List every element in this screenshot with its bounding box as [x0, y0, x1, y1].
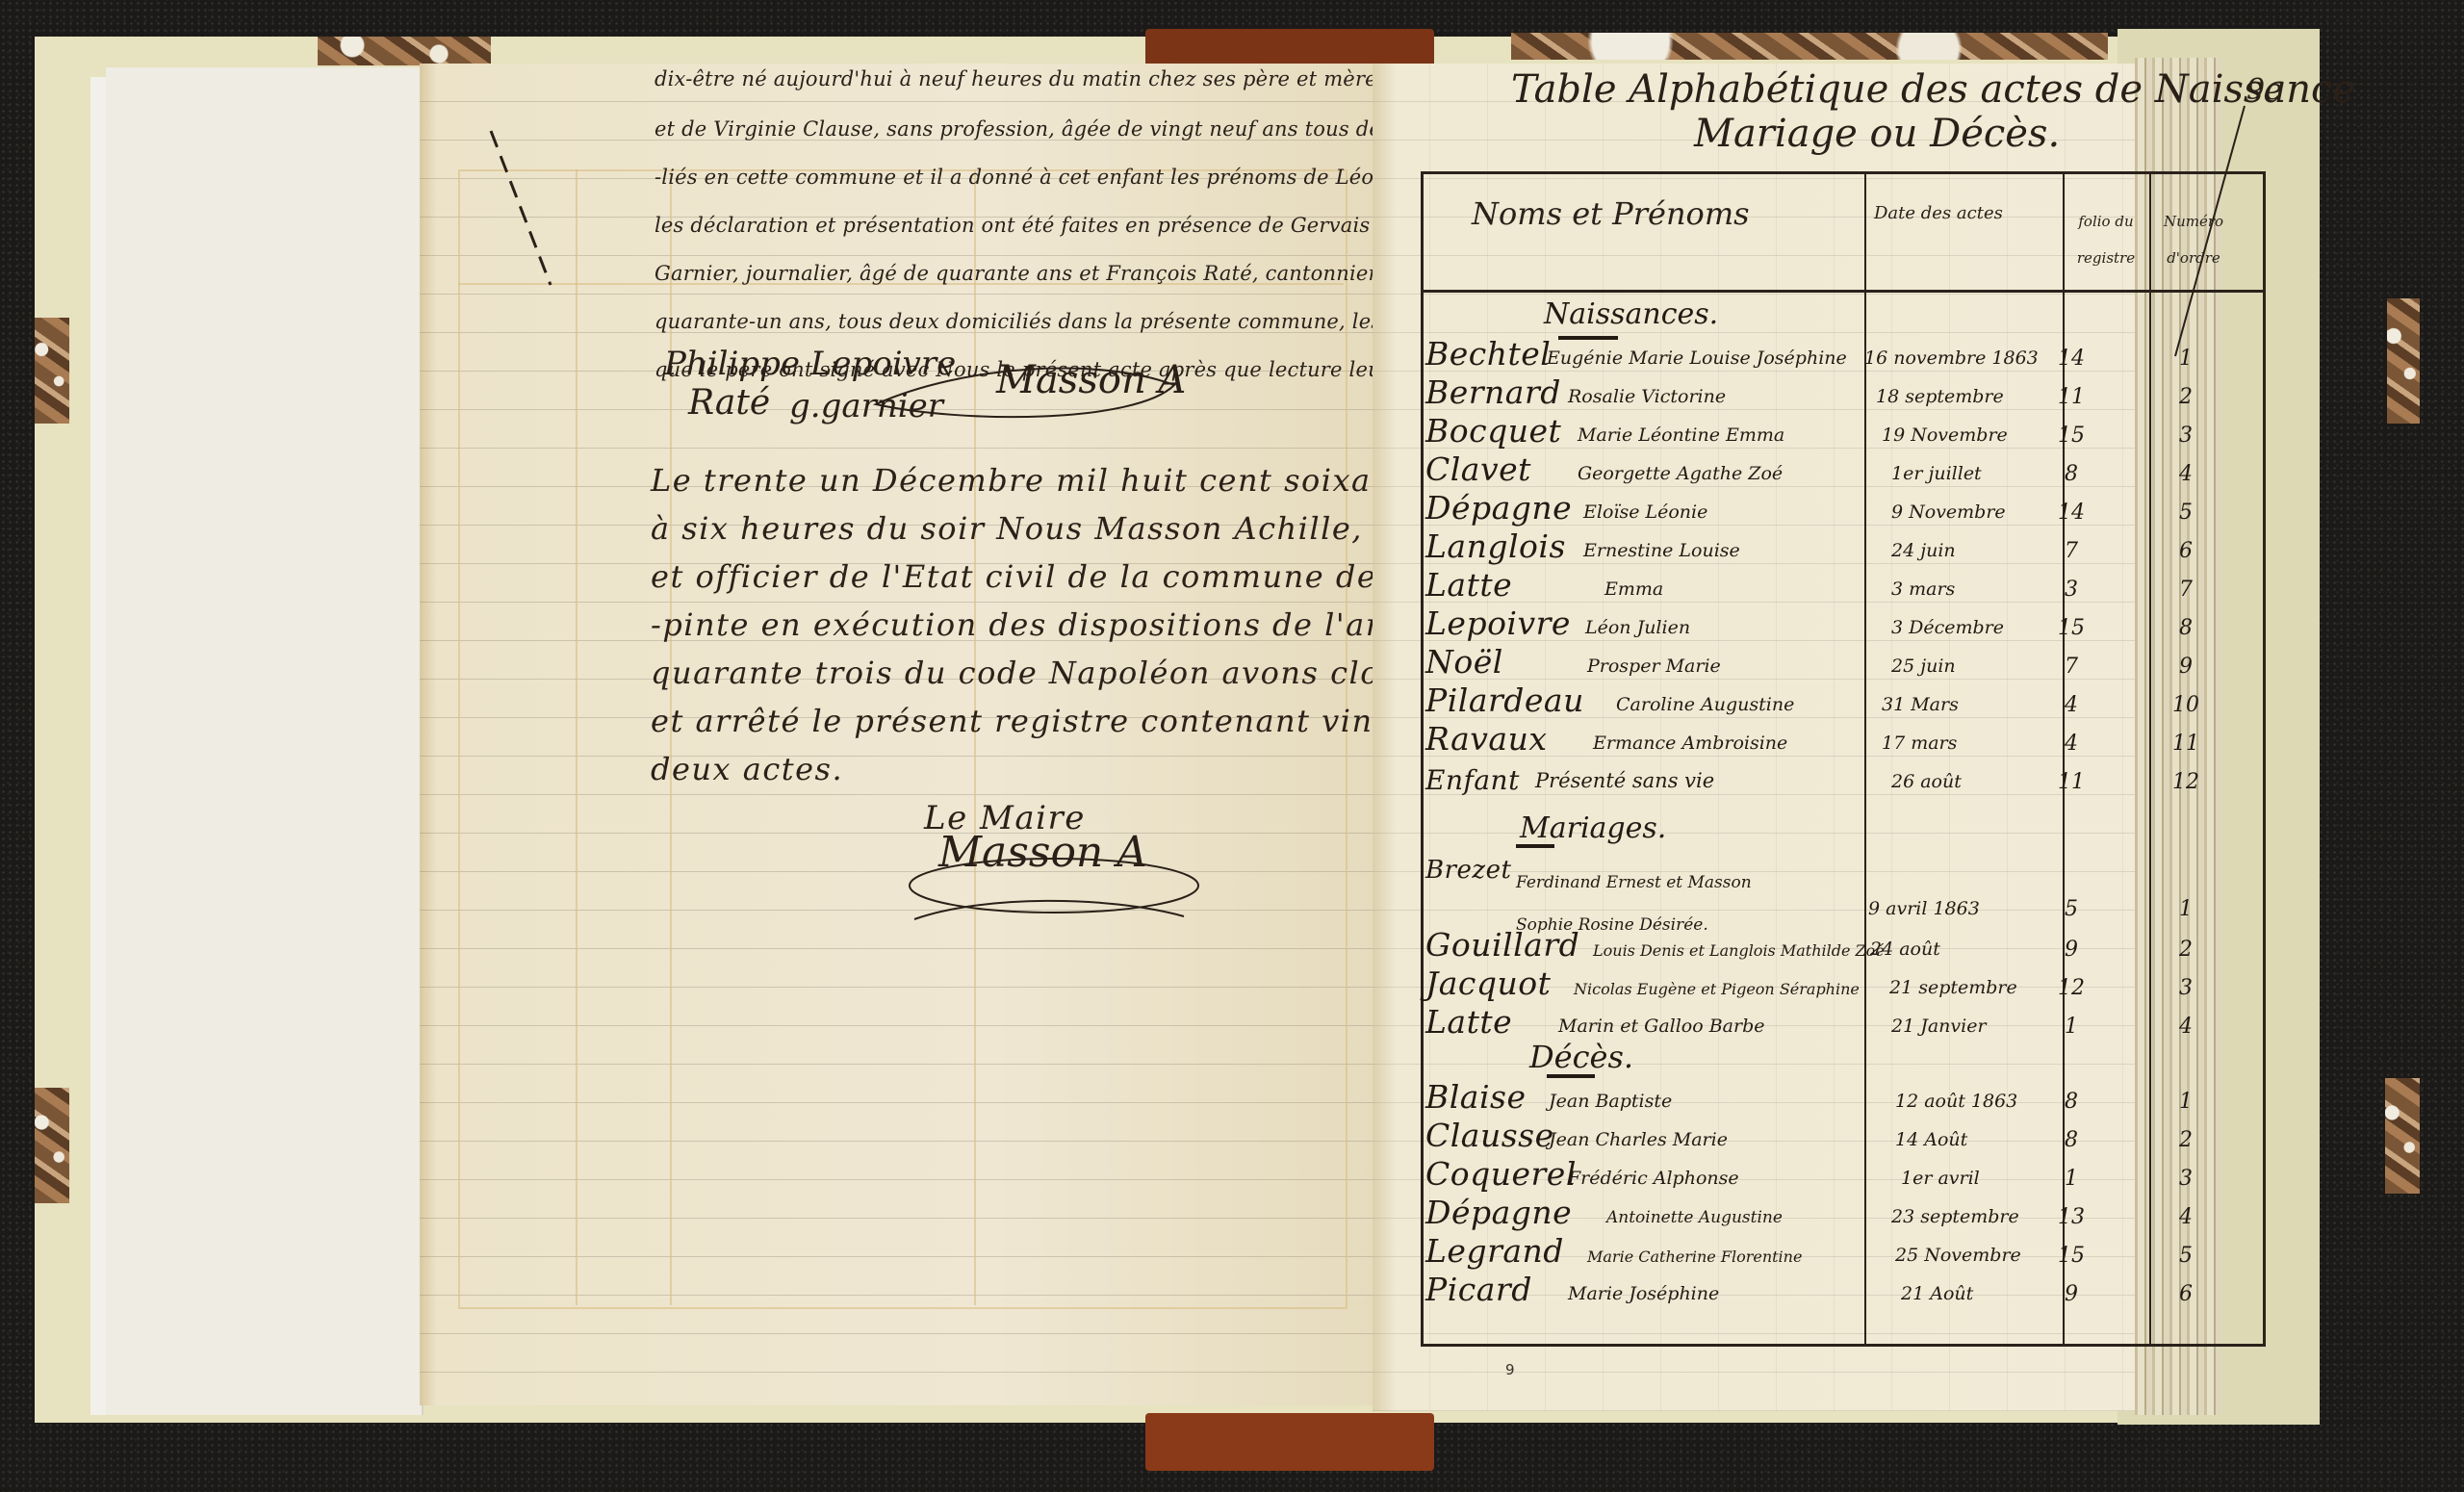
- table-row: Bocquet Marie Léontine Emma 19 Novembre …: [1424, 413, 2263, 451]
- act-date: 19 Novembre: [1882, 424, 2008, 446]
- given-names: Marie Joséphine: [1568, 1283, 1719, 1304]
- table-row: Brezet Ferdinand Ernest et Masson Sophie…: [1424, 848, 2263, 925]
- given-names: Jean Baptiste: [1549, 1091, 1672, 1112]
- act-date: 16 novembre 1863: [1864, 347, 2039, 369]
- bleed-through-col: [576, 169, 577, 1305]
- closing-text-line: à six heures du soir Nous Masson Achille…: [651, 510, 1474, 547]
- closing-text-line: et arrêté le présent registre contenant …: [651, 703, 1408, 739]
- act-date: 21 Janvier: [1891, 1016, 1987, 1037]
- folio: 9: [2047, 938, 2095, 962]
- order-number: 4: [2167, 462, 2205, 486]
- mayor-signature-flourish: [895, 828, 1213, 934]
- act-date: 26 août: [1891, 771, 1962, 792]
- order-number: 6: [2167, 539, 2205, 563]
- folio: 8: [2047, 1090, 2095, 1114]
- surname: Jacquot: [1425, 965, 1551, 1002]
- table-row: Blaise Jean Baptiste 12 août 1863 8 1: [1424, 1079, 2263, 1118]
- order-number: 3: [2167, 1167, 2205, 1191]
- order-number: 11: [2167, 732, 2205, 756]
- given-names: Ermance Ambroisine: [1593, 733, 1787, 754]
- folio: 1: [2047, 1015, 2095, 1039]
- closing-text-line: deux actes.: [651, 751, 843, 787]
- surname: Coquerel: [1425, 1155, 1577, 1193]
- given-names: Présenté sans vie: [1535, 769, 1714, 792]
- given-names: Frédéric Alphonse: [1568, 1168, 1739, 1189]
- given-names: Eugénie Marie Louise Joséphine: [1547, 347, 1847, 369]
- act-date: 21 Août: [1901, 1283, 1973, 1304]
- act-date: 9 avril 1863: [1868, 898, 1980, 919]
- order-number: 6: [2167, 1282, 2205, 1306]
- order-number: 1: [2167, 1090, 2205, 1114]
- given-names: Jean Charles Marie: [1549, 1129, 1728, 1150]
- section-title-mariages: Mariages.: [1520, 811, 1666, 845]
- table-row: Legrand Marie Catherine Florentine 25 No…: [1424, 1233, 2263, 1272]
- bleed-through-table: [458, 169, 1347, 1309]
- order-number: 5: [2167, 1244, 2205, 1268]
- table-row: Bechtel Eugénie Marie Louise Joséphine 1…: [1424, 336, 2263, 374]
- order-number: 3: [2167, 976, 2205, 1000]
- folio: 15: [2047, 616, 2095, 640]
- order-number: 4: [2167, 1015, 2205, 1039]
- folio: 8: [2047, 462, 2095, 486]
- order-number: 2: [2167, 385, 2205, 409]
- table-title-line2: Mariage ou Décès.: [1694, 112, 2060, 156]
- act-date: 12 août 1863: [1895, 1091, 2017, 1112]
- given-names: Marie Léontine Emma: [1578, 424, 1784, 446]
- table-row: Dépagne Eloïse Léonie 9 Novembre 14 5: [1424, 490, 2263, 528]
- act-date: 25 juin: [1891, 656, 1956, 677]
- table-row: Noël Prosper Marie 25 juin 7 9: [1424, 644, 2263, 682]
- folio: 11: [2047, 385, 2095, 409]
- act-date: 23 septembre: [1891, 1206, 2019, 1227]
- act-date: 3 Décembre: [1891, 617, 2004, 638]
- surname: Picard: [1425, 1271, 1532, 1308]
- order-number: 10: [2167, 693, 2205, 717]
- section-title-deces: Décès.: [1529, 1039, 1633, 1075]
- act-text-line: les déclaration et présentation ont été …: [654, 214, 1444, 237]
- given-names: Louis Denis et Langlois Mathilde Zoé: [1593, 941, 1885, 960]
- act-date: 14 Août: [1895, 1129, 1967, 1150]
- given-names: Rosalie Victorine: [1568, 386, 1726, 407]
- leather-spine-bottom: [1145, 1413, 1434, 1471]
- surname: Bernard: [1425, 373, 1561, 411]
- table-row: Picard Marie Joséphine 21 Août 9 6: [1424, 1272, 2263, 1310]
- col-header-date: Date des actes: [1874, 203, 2003, 223]
- folio: 1: [2047, 1167, 2095, 1191]
- surname: Noël: [1425, 643, 1503, 681]
- blank-flyleaf: [106, 67, 423, 1415]
- given-names: Marin et Galloo Barbe: [1558, 1016, 1765, 1037]
- surname: Brezet: [1425, 856, 1511, 885]
- given-names: Nicolas Eugène et Pigeon Séraphine: [1574, 980, 1860, 998]
- given-names: Georgette Agathe Zoé: [1578, 463, 1783, 484]
- folio: 8: [2047, 1128, 2095, 1152]
- given-names: Prosper Marie: [1587, 656, 1721, 677]
- marbled-corner-right-lower: [2385, 1078, 2420, 1194]
- page-number: 9: [1505, 1361, 1515, 1378]
- surname: Clausse: [1425, 1117, 1554, 1154]
- folio: 12: [2047, 976, 2095, 1000]
- given-names: Antoinette Augustine: [1606, 1208, 1783, 1227]
- given-names: Eloïse Léonie: [1583, 502, 1707, 523]
- surname: Lepoivre: [1425, 605, 1571, 642]
- act-text-line: et de Virginie Clause, sans profession, …: [654, 117, 1489, 141]
- table-row: Clavet Georgette Agathe Zoé 1er juillet …: [1424, 451, 2263, 490]
- table-row: Coquerel Frédéric Alphonse 1er avril 1 3: [1424, 1156, 2263, 1195]
- order-number: 3: [2167, 424, 2205, 448]
- given-names: Emma: [1604, 579, 1663, 600]
- table-row: Clausse Jean Charles Marie 14 Août 8 2: [1424, 1118, 2263, 1156]
- order-number: 4: [2167, 1205, 2205, 1229]
- act-date: 24 août: [1870, 939, 1940, 960]
- order-number: 2: [2167, 1128, 2205, 1152]
- surname: Bechtel: [1425, 335, 1551, 373]
- surname: Langlois: [1425, 527, 1566, 565]
- table-row: Gouillard Louis Denis et Langlois Mathil…: [1424, 927, 2263, 965]
- order-number: 1: [2167, 897, 2205, 921]
- header-diagonal-stroke: [2166, 96, 2252, 366]
- folio: 5: [2047, 897, 2095, 921]
- act-date: 25 Novembre: [1895, 1245, 2021, 1266]
- order-number: 8: [2167, 616, 2205, 640]
- order-number: 2: [2167, 938, 2205, 962]
- surname: Gouillard: [1425, 926, 1579, 964]
- closing-text-line: et officier de l'Etat civil de la commun…: [651, 558, 1476, 595]
- table-row: Langlois Ernestine Louise 24 juin 7 6: [1424, 528, 2263, 567]
- section-underline: [1547, 1074, 1595, 1078]
- act-date: 31 Mars: [1882, 694, 1959, 715]
- surname: Bocquet: [1425, 412, 1561, 450]
- margin-dash-mark: [483, 121, 560, 295]
- act-text-line: Garnier, journalier, âgé de quarante ans…: [654, 262, 1458, 285]
- folio: 4: [2047, 693, 2095, 717]
- surname: Latte: [1425, 1003, 1512, 1041]
- marbled-corner-left-upper: [35, 318, 69, 424]
- surname: Pilardeau: [1425, 682, 1584, 719]
- surname: Dépagne: [1425, 489, 1572, 527]
- folio: 3: [2047, 578, 2095, 602]
- surname: Latte: [1425, 566, 1512, 604]
- marbled-corner-left-lower: [35, 1088, 69, 1203]
- folio: 7: [2047, 655, 2095, 679]
- marbled-corner-right-upper: [2387, 298, 2420, 424]
- order-number: 7: [2167, 578, 2205, 602]
- closing-text-line: -pinte en exécution des dispositions de …: [651, 606, 1456, 643]
- act-date: 9 Novembre: [1891, 502, 2006, 523]
- table-row: Enfant Présenté sans vie 26 août 11 12: [1424, 759, 2263, 798]
- closing-text-line: quarante trois du code Napoléon avons cl…: [651, 655, 1398, 691]
- marbled-corner-top-left: [318, 37, 491, 65]
- act-date: 18 septembre: [1876, 386, 2004, 407]
- folio: 15: [2047, 1244, 2095, 1268]
- header-divider: [1424, 290, 2263, 293]
- surname: Clavet: [1425, 450, 1531, 488]
- table-row: Pilardeau Caroline Augustine 31 Mars 4 1…: [1424, 682, 2263, 721]
- act-date: 21 septembre: [1889, 977, 2017, 998]
- col-header-folio: folio du registre: [2066, 203, 2145, 276]
- folio: 9: [2047, 1282, 2095, 1306]
- folio: 4: [2047, 732, 2095, 756]
- surname: Ravaux: [1425, 720, 1547, 758]
- folio: 14: [2047, 501, 2095, 525]
- folio: 11: [2047, 770, 2095, 794]
- table-row: Latte Marin et Galloo Barbe 21 Janvier 1…: [1424, 1004, 2263, 1042]
- signature-flourish: [847, 347, 1193, 433]
- table-row: Jacquot Nicolas Eugène et Pigeon Séraphi…: [1424, 965, 2263, 1004]
- surname: Enfant: [1425, 764, 1520, 796]
- act-date: 1er avril: [1901, 1168, 1980, 1189]
- signature-rate: Raté: [688, 383, 770, 423]
- surname: Legrand: [1425, 1232, 1564, 1270]
- table-row: Latte Emma 3 mars 3 7: [1424, 567, 2263, 605]
- table-row: Ravaux Ermance Ambroisine 17 mars 4 11: [1424, 721, 2263, 759]
- given-names: Marie Catherine Florentine: [1587, 1248, 1802, 1266]
- given-names: Caroline Augustine: [1616, 694, 1794, 715]
- act-date: 24 juin: [1891, 540, 1956, 561]
- order-number: 12: [2167, 770, 2205, 794]
- folio: 13: [2047, 1205, 2095, 1229]
- order-number: 5: [2167, 501, 2205, 525]
- folio: 7: [2047, 539, 2095, 563]
- given-names: Léon Julien: [1585, 617, 1690, 638]
- surname: Blaise: [1425, 1078, 1527, 1116]
- table-row: Dépagne Antoinette Augustine 23 septembr…: [1424, 1195, 2263, 1233]
- order-number: 9: [2167, 655, 2205, 679]
- section-title-naissances: Naissances.: [1544, 297, 1718, 331]
- col-header-names: Noms et Prénoms: [1472, 195, 1750, 232]
- act-text-line: quarante-un ans, tous deux domiciliés da…: [654, 310, 1493, 333]
- given-names: Ernestine Louise: [1583, 540, 1740, 561]
- folio: 15: [2047, 424, 2095, 448]
- act-date: 3 mars: [1891, 579, 1955, 600]
- surname: Dépagne: [1425, 1194, 1572, 1231]
- alphabetical-index-table: Noms et Prénoms Date des actes folio du …: [1421, 171, 2266, 1347]
- act-date: 1er juillet: [1891, 463, 1982, 484]
- act-text-line: -liés en cette commune et il a donné à c…: [654, 166, 1453, 189]
- act-date: 17 mars: [1882, 733, 1957, 754]
- table-row: Lepoivre Léon Julien 3 Décembre 15 8: [1424, 605, 2263, 644]
- table-row: Bernard Rosalie Victorine 18 septembre 1…: [1424, 374, 2263, 413]
- folio: 14: [2047, 347, 2095, 371]
- marbled-edge-top-right: [1511, 33, 2108, 60]
